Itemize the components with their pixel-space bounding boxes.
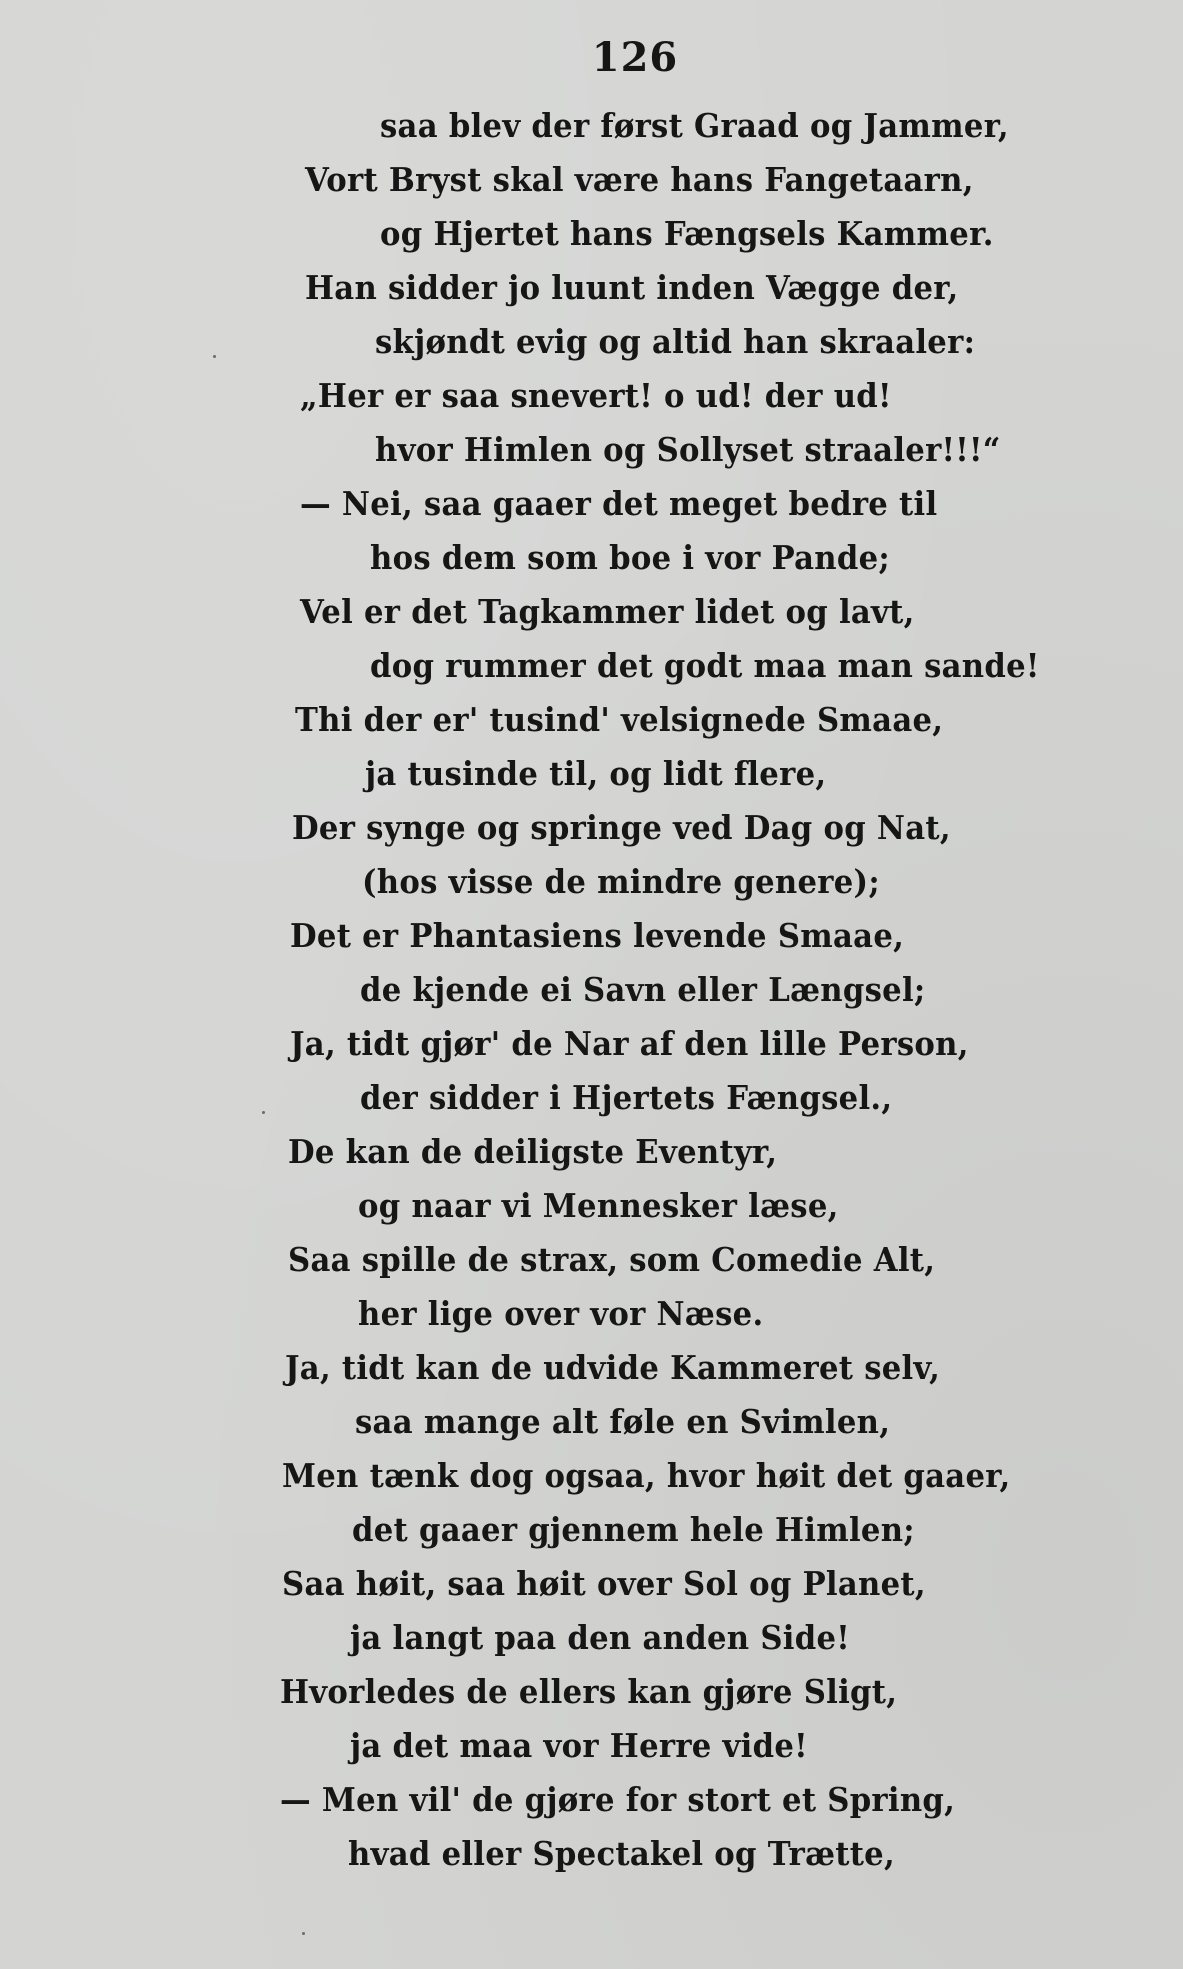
paper-speck (213, 355, 216, 358)
poem-line: ja tusinde til, og lidt flere, (365, 754, 826, 794)
poem-line: ja det maa vor Herre vide! (350, 1726, 808, 1766)
poem-line: der sidder i Hjertets Fængsel., (360, 1078, 892, 1118)
poem-line: de kjende ei Savn eller Længsel; (360, 970, 926, 1010)
poem-line: „Her er saa snevert! o ud! der ud! (300, 376, 892, 416)
poem-line: De kan de deiligste Eventyr, (288, 1132, 777, 1172)
poem-line: Han sidder jo luunt inden Vægge der, (305, 268, 958, 308)
poem-line: og naar vi Mennesker læse, (358, 1186, 839, 1226)
paper-speck (262, 1111, 265, 1114)
poem-line: hos dem som boe i vor Pande; (370, 538, 890, 578)
poem-line: saa blev der først Graad og Jammer, (380, 106, 1009, 146)
poem-line: Vel er det Tagkammer lidet og lavt, (300, 592, 915, 632)
poem-line: Thi der er' tusind' velsignede Smaae, (295, 700, 943, 740)
poem-line: her lige over vor Næse. (358, 1294, 763, 1334)
poem-line: dog rummer det godt maa man sande! (370, 646, 1040, 686)
poem-line: Ja, tidt kan de udvide Kammeret selv, (285, 1348, 940, 1388)
page-number: 126 (0, 34, 1183, 81)
poem-line: saa mange alt føle en Svimlen, (355, 1402, 890, 1442)
poem-line: skjøndt evig og altid han skraaler: (375, 322, 975, 362)
poem-line: hvad eller Spectakel og Trætte, (348, 1834, 895, 1874)
poem-line: Hvorledes de ellers kan gjøre Sligt, (280, 1672, 897, 1712)
book-page: 126 saa blev der først Graad og Jammer, … (0, 0, 1183, 1969)
poem-line: Det er Phantasiens levende Smaae, (290, 916, 904, 956)
poem-line: Vort Bryst skal være hans Fangetaarn, (305, 160, 974, 200)
poem-line: hvor Himlen og Sollyset straaler!!!“ (375, 430, 1001, 470)
poem-line: (hos visse de mindre genere); (362, 862, 880, 902)
poem-line: — Nei, saa gaaer det meget bedre til (300, 484, 937, 524)
poem-line: Der synge og springe ved Dag og Nat, (292, 808, 951, 848)
poem-line: Ja, tidt gjør' de Nar af den lille Perso… (290, 1024, 969, 1064)
poem-line: — Men vil' de gjøre for stort et Spring, (280, 1780, 955, 1820)
poem-line: Men tænk dog ogsaa, hvor høit det gaaer, (282, 1456, 1010, 1496)
poem-line: det gaaer gjennem hele Himlen; (352, 1510, 915, 1550)
paper-speck (302, 1932, 305, 1935)
poem-line: ja langt paa den anden Side! (350, 1618, 850, 1658)
poem-line: Saa spille de strax, som Comedie Alt, (288, 1240, 935, 1280)
poem-line: Saa høit, saa høit over Sol og Planet, (282, 1564, 926, 1604)
poem-line: og Hjertet hans Fængsels Kammer. (380, 214, 994, 254)
